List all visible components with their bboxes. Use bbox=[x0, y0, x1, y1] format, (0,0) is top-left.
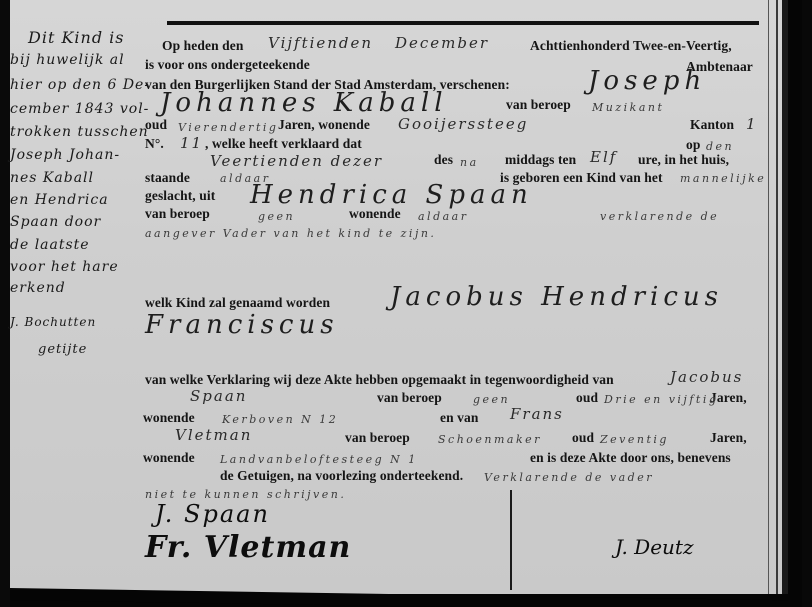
scan-left-border bbox=[0, 0, 10, 607]
margin-line: nes Kaball bbox=[10, 170, 94, 186]
handwritten-witness2-age: Zeventig bbox=[600, 433, 669, 446]
printed-text: oud bbox=[572, 430, 594, 446]
printed-text: ure, in het huis, bbox=[638, 152, 729, 168]
handwritten-child-name: Franciscus bbox=[145, 310, 339, 340]
handwritten-birth-date: Veertienden dezer bbox=[210, 152, 383, 170]
printed-text: en van bbox=[440, 410, 478, 426]
margin-line: Spaan door bbox=[10, 214, 101, 230]
printed-text: N°. bbox=[145, 136, 164, 152]
printed-text: Jaren, wonende bbox=[278, 117, 370, 133]
printed-text: Jaren, bbox=[710, 430, 747, 446]
handwritten-witness1-occupation: geen bbox=[473, 393, 510, 406]
handwritten-witness2-first: Frans bbox=[510, 405, 564, 423]
signature-witness2: Fr. Vletman bbox=[145, 530, 351, 565]
printed-text: , welke heeft verklaard dat bbox=[205, 136, 362, 152]
printed-text: middags ten bbox=[505, 152, 576, 168]
frame-line bbox=[768, 0, 769, 594]
printed-text: oud bbox=[145, 117, 167, 133]
printed-text: geslacht, uit bbox=[145, 188, 215, 204]
printed-text: staande bbox=[145, 170, 190, 186]
margin-line: Joseph Johan- bbox=[10, 147, 120, 163]
printed-text: wonende bbox=[143, 450, 195, 466]
handwritten-declarant-first: Joseph bbox=[588, 66, 706, 96]
handwritten-witness1-first: Jacobus bbox=[670, 368, 743, 386]
frame-line bbox=[782, 0, 788, 594]
handwritten-mother-residence: aldaar bbox=[418, 210, 469, 223]
printed-text: Op heden den bbox=[162, 38, 243, 54]
printed-text: des bbox=[434, 152, 453, 168]
printed-text: van beroep bbox=[145, 206, 210, 222]
margin-line: hier op den 6 De- bbox=[10, 77, 150, 93]
handwritten-residence: Gooijerssteeg bbox=[398, 115, 528, 133]
margin-line: cember 1843 vol- bbox=[10, 101, 149, 117]
frame-line bbox=[776, 0, 778, 594]
handwritten-mother-occupation: geen bbox=[258, 210, 295, 223]
handwritten-occupation: Muzikant bbox=[592, 101, 664, 114]
signature-witness1: J. Spaan bbox=[155, 500, 270, 528]
handwritten-witness1-last: Spaan bbox=[190, 387, 247, 405]
scan-right-border bbox=[802, 0, 812, 607]
handwritten-kanton: 1 bbox=[746, 115, 758, 133]
handwritten-declarant-name: Johannes Kaball bbox=[160, 88, 448, 118]
handwritten-time-of-day: na bbox=[460, 156, 479, 169]
signature-official: J. Deutz bbox=[615, 535, 694, 559]
printed-text: de Getuigen, na voorlezing onderteekend. bbox=[220, 468, 463, 484]
printed-text: Achttienhonderd Twee-en-Veertig, bbox=[530, 38, 732, 54]
printed-text: welk Kind zal genaamd worden bbox=[145, 295, 330, 311]
printed-text: wonende bbox=[143, 410, 195, 426]
margin-line: trokken tusschen bbox=[10, 124, 149, 140]
printed-text: van beroep bbox=[345, 430, 410, 446]
margin-line: de laatste bbox=[10, 237, 90, 253]
margin-line: en Hendrica bbox=[10, 192, 109, 208]
handwritten-child-name: Jacobus Hendricus bbox=[390, 282, 723, 312]
printed-text: van beroep bbox=[506, 97, 571, 113]
printed-text: Kanton bbox=[690, 117, 734, 133]
printed-text: is voor ons ondergeteekende bbox=[145, 57, 310, 73]
handwritten-declaration: aangever Vader van het kind te zijn. bbox=[145, 227, 436, 240]
header-rule bbox=[167, 21, 759, 25]
printed-text: van beroep bbox=[377, 390, 442, 406]
margin-line: bij huwelijk al bbox=[10, 52, 125, 68]
document-page: Dit Kind is bij huwelijk al hier op den … bbox=[10, 0, 788, 594]
margin-line: erkend bbox=[10, 280, 66, 296]
handwritten-mother: Hendrica Spaan bbox=[250, 180, 533, 210]
handwritten-sex: mannelijke bbox=[680, 172, 766, 185]
printed-text: en is deze Akte door ons, benevens bbox=[530, 450, 731, 466]
handwritten-month: December bbox=[395, 34, 489, 52]
printed-text: oud bbox=[576, 390, 598, 406]
handwritten-declaration: verklarende de bbox=[600, 210, 719, 223]
margin-signature: J. Bochutten bbox=[10, 315, 96, 329]
handwritten-witness1-age: Drie en vijftig bbox=[604, 393, 718, 406]
handwritten-hour: Elf bbox=[590, 148, 617, 166]
handwritten-closing: Verklarende de vader bbox=[484, 471, 654, 484]
handwritten-op-den: den bbox=[706, 140, 734, 153]
handwritten-house-number: 11 bbox=[180, 134, 203, 152]
handwritten-age: Vierendertig bbox=[178, 121, 278, 134]
margin-line: Dit Kind is bbox=[28, 28, 125, 47]
handwritten-witness2-residence: Landvanbeloftesteeg N 1 bbox=[220, 453, 418, 466]
printed-text: op bbox=[686, 137, 700, 153]
handwritten-day: Vijftienden bbox=[268, 34, 373, 52]
printed-text: van welke Verklaring wij deze Akte hebbe… bbox=[145, 372, 614, 388]
handwritten-witness1-residence: Kerboven N 12 bbox=[222, 413, 338, 426]
margin-line: voor het hare bbox=[10, 259, 119, 275]
handwritten-witness2-last: Vletman bbox=[175, 426, 252, 444]
margin-signature: getijte bbox=[38, 342, 87, 357]
divider-line bbox=[510, 490, 512, 590]
handwritten-witness2-occupation: Schoenmaker bbox=[438, 433, 542, 446]
